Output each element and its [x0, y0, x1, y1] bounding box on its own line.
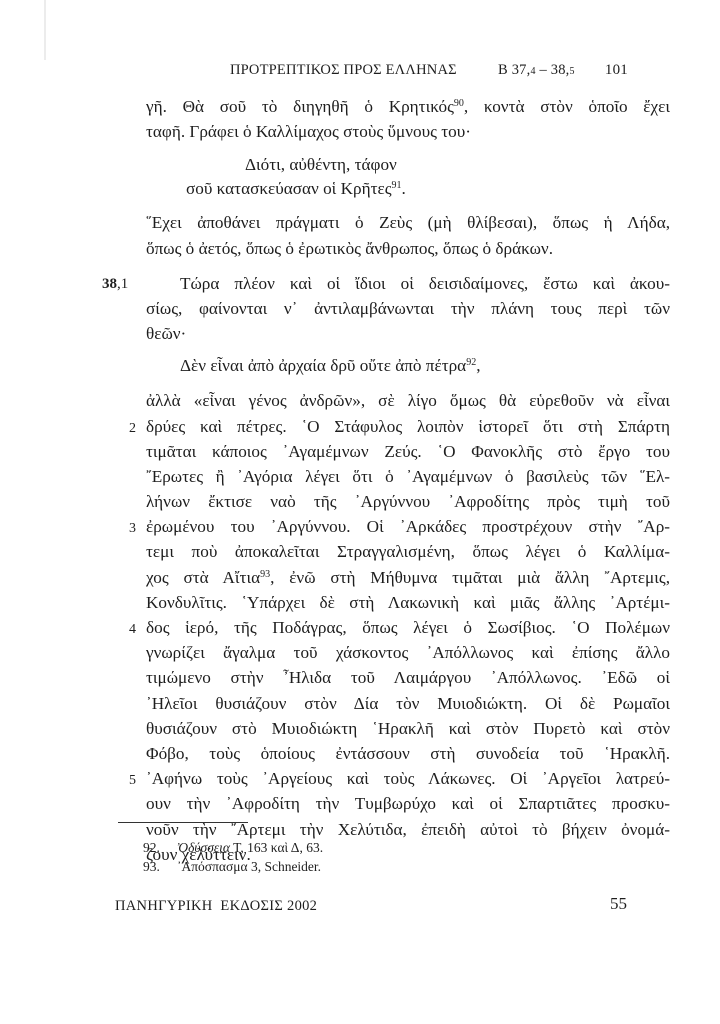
footnote-text: ᾿Απόσπασμα 3, Schneider.	[177, 859, 321, 874]
text-span: ουν τὴν ᾿Αφροδίτη τὴν Τυμβωρύχο καὶ οἱ Σ…	[146, 794, 670, 813]
text-line: τιμᾶται κάποιος ᾿Αγαμέμνων Ζεύς. ῾Ο Φανο…	[146, 439, 670, 464]
ref-end-sub: 5	[569, 66, 574, 77]
publisher-line: ΠΑΝΗΓΥΡΙΚΗ ΕΚΔΟΣΙΣ 2002	[115, 898, 317, 915]
text-span: ῎Ερωτες ἢ ᾿Αγόρια λέγει ὅτι ὁ ᾿Αγαμέμνων…	[146, 467, 670, 486]
footnote-title: Ὀδύσσεια	[177, 840, 230, 855]
margin-paragraph-number: 3	[129, 516, 136, 541]
text-span: .	[402, 179, 406, 198]
text-run: ἀλλὰ «εἶναι γένος ἀνδρῶν», σὲ λίγο ὅμως …	[146, 391, 670, 410]
footnote-rule	[118, 822, 248, 823]
text-run: ουν τὴν ᾿Αφροδίτη τὴν Τυμβωρύχο καὶ οἱ Σ…	[146, 794, 670, 813]
section-number: 38,1	[102, 272, 128, 297]
scan-edge	[44, 0, 46, 60]
text-line: σίως, φαίνονται ν᾿ ἀντιλαμβάνωνται τὴν π…	[146, 296, 670, 321]
footnote-ref: 90	[454, 98, 464, 109]
section-number-main: 38	[102, 276, 117, 292]
text-span: ταφῆ. Γράφει ὁ Καλλίμαχος στοὺς ὕμνους τ…	[146, 122, 471, 141]
main-text: γῆ. Θὰ σοῦ τὸ διηγηθῆ ὁ Κρητικός90, κοντ…	[146, 94, 676, 867]
text-line: 38,1 Τώρα πλέον καὶ οἱ ἴδιοι οἱ δεισιδαί…	[146, 271, 670, 296]
margin-paragraph-number: 4	[129, 617, 136, 642]
footnote: 93.᾿Απόσπασμα 3, Schneider.	[143, 857, 323, 876]
text-span: ὅπως ὁ ἀετός, ὅπως ὁ ἐρωτικὸς ἄνθρωπος, …	[146, 239, 553, 258]
text-run: τεμι ποὺ ἀποκαλεῖται Στραγγαλισμένη, ὅπω…	[146, 542, 670, 561]
text-run: ᾿Ηλεῖοι θυσιάζουν στὸν Δία τὸν Μυιοδιώκτ…	[146, 694, 670, 713]
text-line: γνωρίζει ἄγαλμα τοῦ χάσκοντος ᾿Απόλλωνος…	[146, 640, 670, 665]
margin-paragraph-number: 2	[129, 416, 136, 441]
book-letter: Β	[498, 62, 508, 78]
text-span: τεμι ποὺ ἀποκαλεῖται Στραγγαλισμένη, ὅπω…	[146, 542, 670, 561]
paragraph: ἀλλὰ «εἶναι γένος ἀνδρῶν», σὲ λίγο ὅμως …	[146, 388, 676, 867]
text-span: χος στὰ Αἴτια93, ἐνῶ στὴ Μήθυμνα τιμᾶται…	[146, 568, 670, 587]
footnote-ref: 93	[260, 569, 270, 580]
footnote-ref: 92	[466, 357, 476, 368]
text-span: δος ἱερό, τῆς Ποδάγρας, ὅπως λέγει ὁ Σωσ…	[146, 618, 670, 637]
text-line: 3ἐρωμένου του ᾿Αργύννου. Οἱ ᾿Αρκάδες προ…	[146, 514, 670, 539]
text-line: Φόβο, τοὺς ὁποίους ἐντάσσουν στὴ συνοδεί…	[146, 741, 670, 766]
verse-line: Δὲν εἶναι ἀπὸ ἀρχαία δρῦ οὔτε ἀπὸ πέτρα9…	[146, 346, 676, 384]
text-line: γῆ. Θὰ σοῦ τὸ διηγηθῆ ὁ Κρητικός90, κοντ…	[146, 94, 670, 119]
text-line: ταφῆ. Γράφει ὁ Καλλίμαχος στοὺς ὕμνους τ…	[146, 119, 676, 144]
text-span: σίως, φαίνονται ν᾿ ἀντιλαμβάνωνται τὴν π…	[146, 299, 670, 318]
text-line: τεμι ποὺ ἀποκαλεῖται Στραγγαλισμένη, ὅπω…	[146, 539, 670, 564]
text-span: Κονδυλῖτις. ῾Υπάρχει δὲ στὴ Λακωνικὴ καὶ…	[146, 593, 670, 612]
text-run: χος στὰ Αἴτια	[146, 568, 260, 587]
text-span: ἀλλὰ «εἶναι γένος ἀνδρῶν», σὲ λίγο ὅμως …	[146, 391, 670, 410]
text-span: θεῶν·	[146, 324, 186, 343]
text-line: θεῶν·	[146, 321, 676, 346]
text-line: λήνων ἔκτισε ναὸ τῆς ᾿Αργύννου ᾿Αφροδίτη…	[146, 489, 670, 514]
section-number-sub: ,1	[117, 276, 128, 292]
ref-dash: –	[536, 62, 551, 78]
verse-line: σοῦ κατασκεύασαν οἱ Κρῆτες91.	[146, 174, 676, 202]
footnote: 92.Ὀδύσσεια Τ, 163 καὶ Δ, 63.	[143, 838, 323, 857]
text-line: 2δρύες καὶ πέτρες. ῾Ο Στάφυλος λοιπὸν ἱσ…	[146, 414, 670, 439]
text-span: τιμᾶται κάποιος ᾿Αγαμέμνων Ζεύς. ῾Ο Φανο…	[146, 442, 670, 461]
ref-start: 37,	[512, 62, 531, 78]
text-span: ἐρωμένου του ᾿Αργύννου. Οἱ ᾿Αρκάδες προσ…	[146, 517, 670, 536]
text-line: ὅπως ὁ ἀετός, ὅπως ὁ ἐρωτικὸς ἄνθρωπος, …	[146, 236, 676, 261]
text-run: λήνων ἔκτισε ναὸ τῆς ᾿Αργύννου ᾿Αφροδίτη…	[146, 492, 670, 511]
text-line: ουν τὴν ᾿Αφροδίτη τὴν Τυμβωρύχο καὶ οἱ Σ…	[146, 791, 670, 816]
text-line: ᾿Ηλεῖοι θυσιάζουν στὸν Δία τὸν Μυιοδιώκτ…	[146, 691, 670, 716]
text-run: Κονδυλῖτις. ῾Υπάρχει δὲ στὴ Λακωνικὴ καὶ…	[146, 593, 670, 612]
ref-end: 38,	[551, 62, 570, 78]
text-run: ἐρωμένου του ᾿Αργύννου. Οἱ ᾿Αρκάδες προσ…	[146, 517, 670, 536]
text-span: ᾿Αφήνω τοὺς ᾿Αργείους καὶ τοὺς Λάκωνες. …	[146, 769, 670, 788]
verse-text: σοῦ κατασκεύασαν οἱ Κρῆτες	[186, 179, 392, 198]
text-run: θυσιάζουν στὸ Μυιοδιώκτη ῾Ηρακλῆ καὶ στὸ…	[146, 719, 670, 738]
verse-line: Διότι, αὐθέντη, τάφον	[146, 144, 676, 174]
verse-text: Δὲν εἶναι ἀπὸ ἀρχαία δρῦ οὔτε ἀπὸ πέτρα	[180, 356, 466, 375]
text-run: ᾿Αφήνω τοὺς ᾿Αργείους καὶ τοὺς Λάκωνες. …	[146, 769, 670, 788]
footnote-number: 93.	[143, 857, 177, 876]
text-span: τιμώμενο στὴν ῏Ηλιδα τοῦ Λαιμάργου ᾿Απόλ…	[146, 668, 670, 687]
footnotes: 92.Ὀδύσσεια Τ, 163 καὶ Δ, 63. 93.᾿Απόσπα…	[143, 838, 323, 876]
chapter-reference: Β 37,4 – 38,5	[498, 62, 575, 79]
page-number: 55	[610, 894, 627, 914]
text-run: ῎Ερωτες ἢ ᾿Αγόρια λέγει ὅτι ὁ ᾿Αγαμέμνων…	[146, 467, 670, 486]
footnote-text: Τ, 163 καὶ Δ, 63.	[230, 840, 323, 855]
text-span: ᾿Ηλεῖοι θυσιάζουν στὸν Δία τὸν Μυιοδιώκτ…	[146, 694, 670, 713]
text-line: ἀλλὰ «εἶναι γένος ἀνδρῶν», σὲ λίγο ὅμως …	[146, 388, 670, 413]
text-run: , ἐνῶ στὴ Μήθυμνα τιμᾶται μιὰ ἄλλη ῎Αρτε…	[270, 568, 670, 587]
text-line: ῞Εχει ἀποθάνει πράγματι ὁ Ζεὺς (μὴ θλίβε…	[146, 210, 670, 235]
text-line: 4δος ἱερό, τῆς Ποδάγρας, ὅπως λέγει ὁ Σω…	[146, 615, 670, 640]
text-span: λήνων ἔκτισε ναὸ τῆς ᾿Αργύννου ᾿Αφροδίτη…	[146, 492, 670, 511]
text-run: δος ἱερό, τῆς Ποδάγρας, ὅπως λέγει ὁ Σωσ…	[146, 618, 670, 637]
text-span: ῞Εχει ἀποθάνει πράγματι ὁ Ζεὺς (μὴ θλίβε…	[146, 213, 670, 232]
text-line: χος στὰ Αἴτια93, ἐνῶ στὴ Μήθυμνα τιμᾶται…	[146, 565, 670, 590]
text-span: γνωρίζει ἄγαλμα τοῦ χάσκοντος ᾿Απόλλωνος…	[146, 643, 670, 662]
text-run: Φόβο, τοὺς ὁποίους ἐντάσσουν στὴ συνοδεί…	[146, 744, 670, 763]
text-line: 5᾿Αφήνω τοὺς ᾿Αργείους καὶ τοὺς Λάκωνες.…	[146, 766, 670, 791]
running-title: ΠΡΟΤΡΕΠΤΙΚΟΣ ΠΡΟΣ ΕΛΛΗΝΑΣ	[230, 62, 457, 79]
text-span: θυσιάζουν στὸ Μυιοδιώκτη ῾Ηρακλῆ καὶ στὸ…	[146, 719, 670, 738]
text-line: Κονδυλῖτις. ῾Υπάρχει δὲ στὴ Λακωνικὴ καὶ…	[146, 590, 670, 615]
text-span: δρύες καὶ πέτρες. ῾Ο Στάφυλος λοιπὸν ἱστ…	[146, 417, 670, 436]
footnote-ref: 91	[392, 180, 402, 191]
text-run: τιμώμενο στὴν ῏Ηλιδα τοῦ Λαιμάργου ᾿Απόλ…	[146, 668, 670, 687]
text-span: , κοντὰ στὸν ὁποῖο ἔχει	[464, 97, 670, 116]
text-span: γῆ. Θὰ σοῦ τὸ διηγηθῆ ὁ Κρητικός	[146, 97, 454, 116]
margin-paragraph-number: 5	[129, 768, 136, 793]
running-header: ΠΡΟΤΡΕΠΤΙΚΟΣ ΠΡΟΣ ΕΛΛΗΝΑΣ Β 37,4 – 38,5 …	[230, 62, 680, 86]
text-span: Φόβο, τοὺς ὁποίους ἐντάσσουν στὴ συνοδεί…	[146, 744, 670, 763]
text-run: τιμᾶται κάποιος ᾿Αγαμέμνων Ζεύς. ῾Ο Φανο…	[146, 442, 670, 461]
text-span: ,	[476, 356, 480, 375]
text-line: ῎Ερωτες ἢ ᾿Αγόρια λέγει ὅτι ὁ ᾿Αγαμέμνων…	[146, 464, 670, 489]
text-line: τιμώμενο στὴν ῏Ηλιδα τοῦ Λαιμάργου ᾿Απόλ…	[146, 665, 670, 690]
text-run: γνωρίζει ἄγαλμα τοῦ χάσκοντος ᾿Απόλλωνος…	[146, 643, 670, 662]
text-run: δρύες καὶ πέτρες. ῾Ο Στάφυλος λοιπὸν ἱστ…	[146, 417, 670, 436]
original-page-number: 101	[605, 62, 628, 79]
text-span: Τώρα πλέον καὶ οἱ ἴδιοι οἱ δεισιδαίμονες…	[180, 274, 670, 293]
text-line: θυσιάζουν στὸ Μυιοδιώκτη ῾Ηρακλῆ καὶ στὸ…	[146, 716, 670, 741]
footnote-number: 92.	[143, 838, 177, 857]
